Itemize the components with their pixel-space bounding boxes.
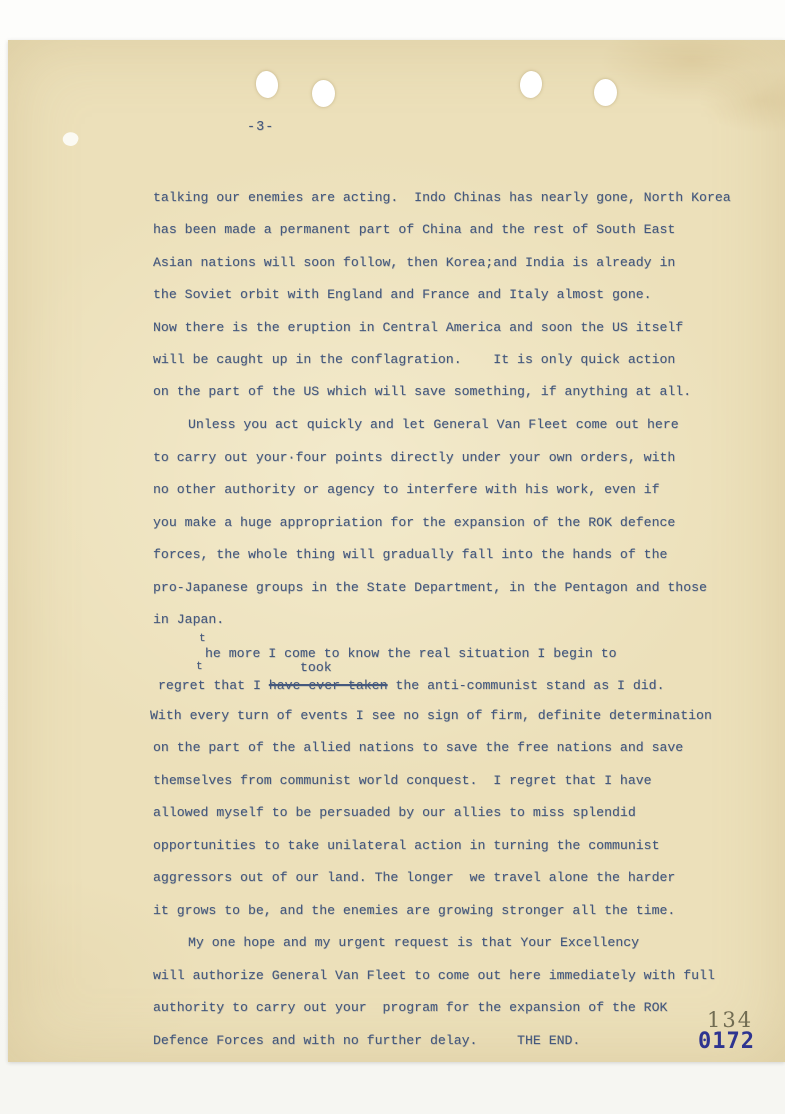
stamp-number-blue: 0172 xyxy=(698,1029,755,1054)
document-line: talking our enemies are acting. Indo Chi… xyxy=(153,190,731,206)
document-line: he more I come to know the real situatio… xyxy=(205,646,617,662)
document-line: forces, the whole thing will gradually f… xyxy=(153,547,667,563)
document-line: will be caught up in the conflagration. … xyxy=(153,352,675,368)
document-line: will authorize General Van Fleet to come… xyxy=(153,968,715,984)
correction-mark-t-below: t xyxy=(196,661,203,674)
document-line: the Soviet orbit with England and France… xyxy=(153,287,652,303)
document-line: opportunities to take unilateral action … xyxy=(153,838,659,854)
document-line: Asian nations will soon follow, then Kor… xyxy=(153,255,675,271)
document-line: no other authority or agency to interfer… xyxy=(153,482,659,498)
punch-hole xyxy=(594,79,617,106)
document-line: on the part of the allied nations to sav… xyxy=(153,740,683,756)
line-text: the anti-communist stand as I did. xyxy=(388,678,665,693)
document-line: it grows to be, and the enemies are grow… xyxy=(153,903,675,919)
document-line: you make a huge appropriation for the ex… xyxy=(153,515,675,531)
punch-hole xyxy=(312,80,335,107)
scanned-document: -3- talking our enemies are acting. Indo… xyxy=(0,0,785,1114)
document-line: aggressors out of our land. The longer w… xyxy=(153,870,675,886)
struck-text: have ever taken xyxy=(269,678,388,693)
correction-mark-t-above: t xyxy=(199,633,206,646)
document-line: regret that I have ever taken the anti-c… xyxy=(158,678,665,694)
document-line: themselves from communist world conquest… xyxy=(153,773,652,789)
inserted-word-took: took xyxy=(300,660,332,676)
document-line: authority to carry out your program for … xyxy=(153,1000,667,1016)
document-line: has been made a permanent part of China … xyxy=(153,222,675,238)
document-line: in Japan. xyxy=(153,612,224,628)
page-number: -3- xyxy=(247,120,274,135)
document-line: Unless you act quickly and let General V… xyxy=(188,417,679,433)
document-line: pro-Japanese groups in the State Departm… xyxy=(153,580,707,596)
document-line: Now there is the eruption in Central Ame… xyxy=(153,320,683,336)
document-line: Defence Forces and with no further delay… xyxy=(153,1033,580,1049)
paper-scratch xyxy=(61,130,80,149)
document-line: allowed myself to be persuaded by our al… xyxy=(153,805,636,821)
document-line: to carry out your·four points directly u… xyxy=(153,450,675,466)
document-line: on the part of the US which will save so… xyxy=(153,384,691,400)
document-line: With every turn of events I see no sign … xyxy=(150,708,712,724)
document-line: My one hope and my urgent request is tha… xyxy=(188,935,639,951)
line-text: regret that I xyxy=(158,678,269,693)
